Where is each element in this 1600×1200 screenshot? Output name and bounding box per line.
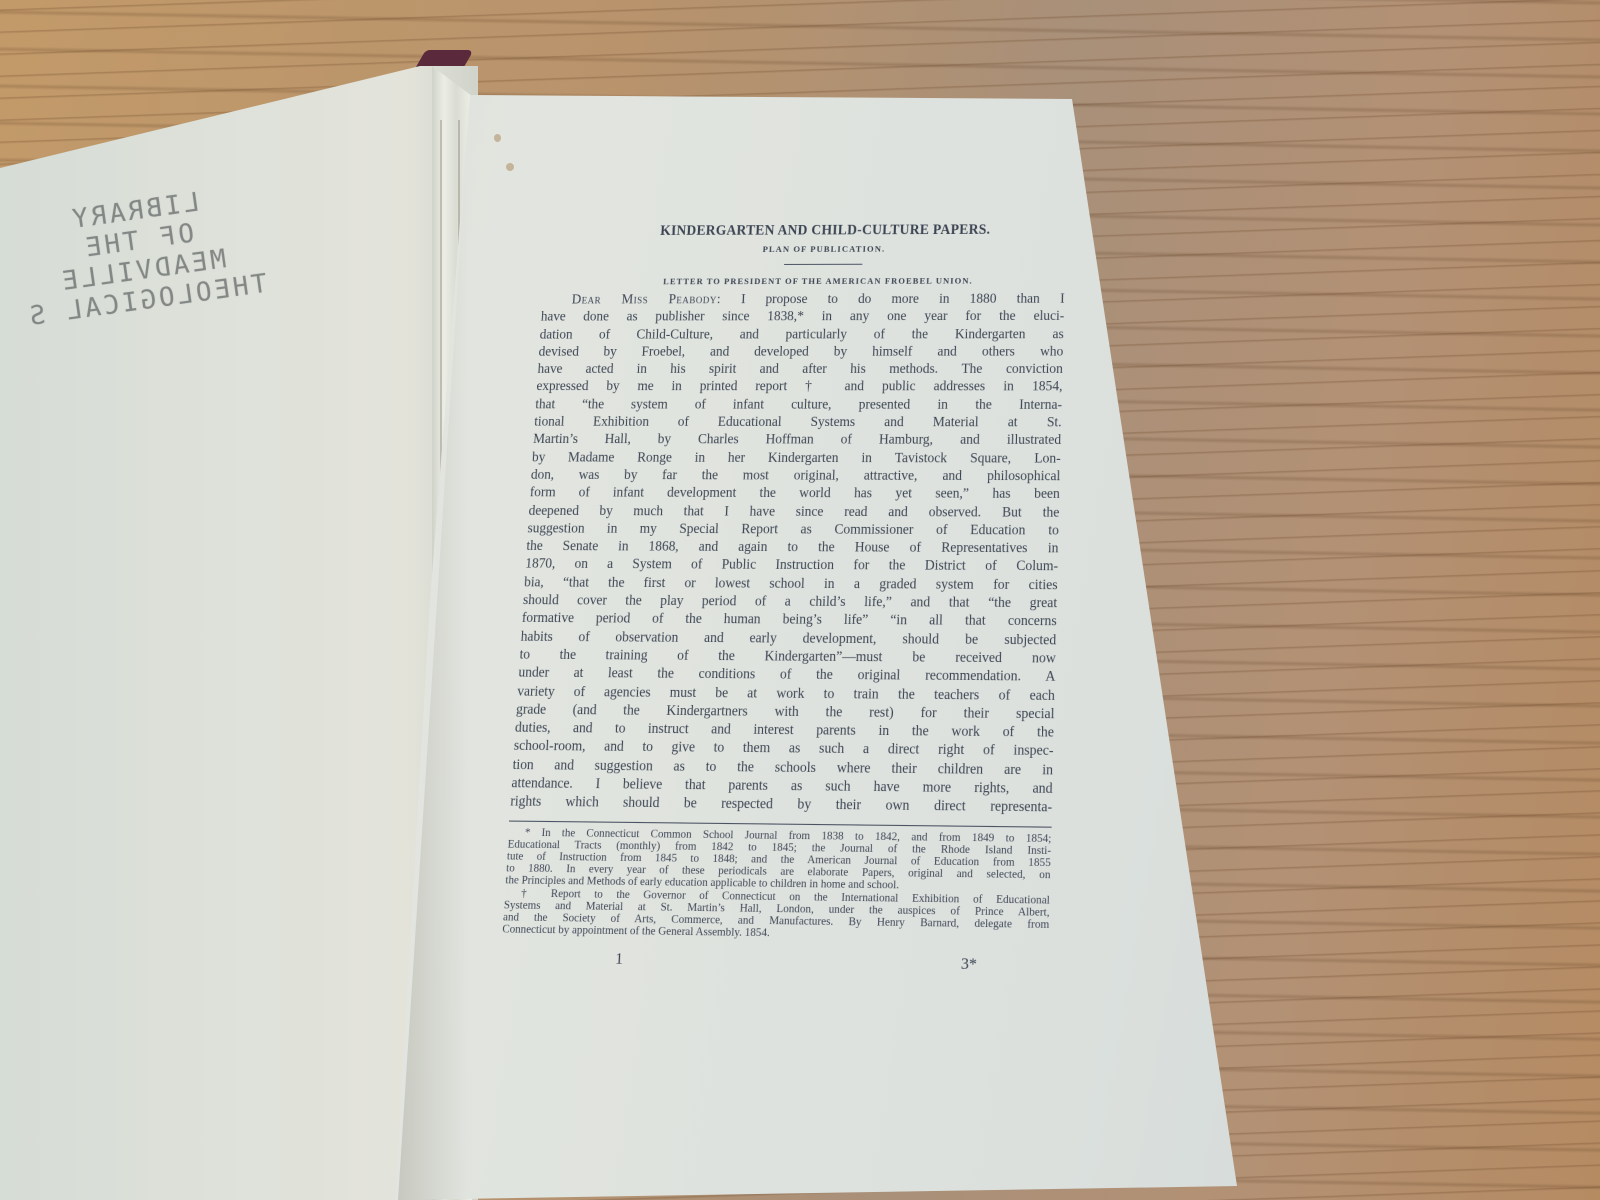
- paper-stain: [494, 134, 501, 142]
- body-line: deepened by much that I have since read …: [528, 501, 1059, 521]
- body-line: form of infant development the world has…: [529, 483, 1060, 503]
- body-line-text: I propose to do more in 1880 than I: [721, 290, 1065, 306]
- body-line: Dear Miss Peabody: I propose to do more …: [541, 289, 1064, 307]
- body-line: don, was by far the most original, attra…: [530, 465, 1060, 484]
- body-line: Martin’s Hall, by Charles Hoffman of Ham…: [533, 430, 1062, 449]
- body-line: by Madame Ronge in her Kindergarten in T…: [532, 448, 1061, 467]
- body-line: devised by Froebel, and developed by him…: [538, 342, 1063, 360]
- body-line: that “the system of infant culture, pres…: [535, 395, 1062, 413]
- body-line: have done as publisher since 1838,* in a…: [540, 307, 1064, 325]
- page-title: KINDERGARTEN AND CHILD-CULTURE PAPERS.: [585, 220, 1066, 239]
- page-subtitle: PLAN OF PUBLICATION.: [584, 243, 1066, 254]
- body-line: tional Exhibition of Educational Systems…: [534, 412, 1062, 430]
- footnote-rule: [509, 820, 1052, 827]
- signature-mark-right: 3*: [961, 956, 978, 975]
- body-line: have acted in his spirit and after his m…: [537, 360, 1063, 378]
- body-line: 1870, on a System of Public Instruction …: [525, 555, 1058, 576]
- body-line: dation of Child-Culture, and particularl…: [539, 325, 1064, 343]
- body-line: expressed by me in printed report † and …: [536, 377, 1063, 395]
- letter-heading: LETTER TO PRESIDENT OF THE AMERICAN FROE…: [573, 276, 1066, 286]
- body-line: suggestion in my Special Report as Commi…: [527, 519, 1059, 539]
- printed-page-content: KINDERGARTEN AND CHILD-CULTURE PAPERS. P…: [499, 221, 1066, 984]
- paper-stain: [506, 163, 514, 171]
- footnotes: * In the Connecticut Common School Journ…: [502, 827, 1052, 944]
- letter-body: Dear Miss Peabody: I propose to do more …: [510, 289, 1065, 816]
- title-rule: [784, 264, 862, 265]
- signature-mark-left: 1: [615, 951, 624, 970]
- salutation: Dear Miss Peabody:: [571, 291, 721, 306]
